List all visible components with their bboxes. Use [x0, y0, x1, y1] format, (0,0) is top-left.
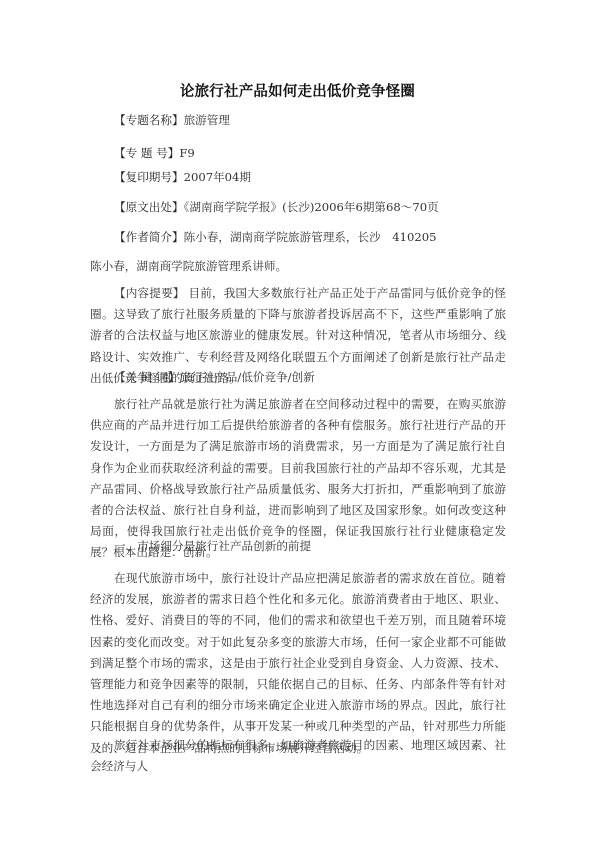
meta-label: 【专题名称】: [114, 113, 184, 127]
meta-topic-name: 【专题名称】旅游管理: [114, 112, 230, 128]
meta-value: F9: [179, 146, 194, 160]
keywords: 【关 键 词】旅行社产品/低价竞争/创新: [114, 369, 530, 385]
paragraph: 在现代旅游市场中，旅行社设计产品应把满足旅游者的需求放在首位。随着经济的发展，旅…: [90, 568, 506, 759]
section-heading: 一、市场细分是旅行社产品创新的前提: [114, 538, 530, 554]
meta-label: 【原文出处】: [114, 200, 184, 214]
keywords-label: 【关 键 词】: [114, 370, 179, 384]
section-paragraph-1: 在现代旅游市场中，旅行社设计产品应把满足旅游者的需求放在首位。随着经济的发展，旅…: [90, 568, 506, 759]
abstract-label: 【内容提要】: [114, 286, 185, 300]
meta-value: 旅游管理: [184, 113, 230, 127]
meta-label: 【专 题 号】: [114, 146, 179, 160]
keywords-text: 旅行社产品/低价竞争/创新: [179, 370, 314, 384]
meta-topic-number: 【专 题 号】F9: [114, 145, 195, 161]
meta-value: 陈小春，湖南商学院旅游管理系，长沙 410205: [184, 230, 437, 244]
meta-reprint-issue: 【复印期号】2007年04期: [114, 169, 251, 185]
meta-label: 【复印期号】: [114, 170, 184, 184]
document-page: 论旅行社产品如何走出低价竞争怪圈 【专题名称】旅游管理 【专 题 号】F9 【复…: [0, 0, 595, 842]
meta-value: 《湖南商学院学报》(长沙)2006年6期第68～70页: [184, 200, 439, 214]
meta-label: 【作者简介】: [114, 230, 184, 244]
meta-author: 【作者简介】陈小春，湖南商学院旅游管理系，长沙 410205: [114, 229, 437, 245]
paragraph: 旅行社市场细分的指标有很多。如旅游者旅游目的因素、地理区域因素、社会经济与人: [90, 735, 506, 777]
section-paragraph-2: 旅行社市场细分的指标有很多。如旅游者旅游目的因素、地理区域因素、社会经济与人: [90, 735, 506, 777]
author-note: 陈小春，湖南商学院旅游管理系讲师。: [90, 258, 506, 274]
meta-source: 【原文出处】《湖南商学院学报》(长沙)2006年6期第68～70页: [114, 199, 439, 215]
meta-value: 2007年04期: [184, 170, 251, 184]
document-title: 论旅行社产品如何走出低价竞争怪圈: [0, 80, 595, 101]
